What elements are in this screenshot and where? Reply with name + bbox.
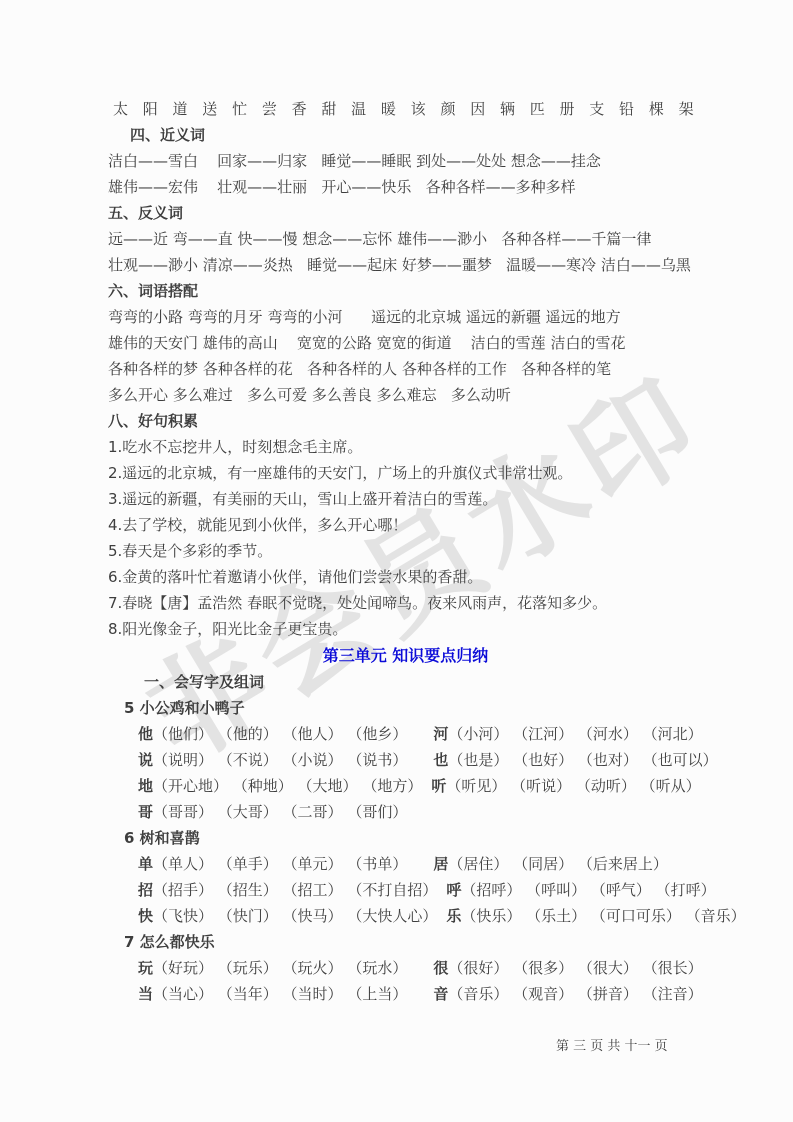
word-group: （很好） （很多） （很大） （很长） — [448, 959, 702, 977]
synonyms-line: 雄伟——宏伟 壮观——壮丽 开心——快乐 各种各样——多种多样 — [108, 174, 703, 200]
synonyms-line: 洁白——雪白 回家——归家 睡觉——睡眠 到处——处处 想念——挂念 — [108, 148, 703, 174]
document-content: 太 阳 道 送 忙 尝 香 甜 温 暖 该 颜 因 辆 匹 册 支 铅 棵 架 … — [0, 0, 793, 1007]
sentence-item: 3.遥远的新疆，有美丽的天山，雪山上盛开着洁白的雪莲。 — [108, 486, 703, 512]
head-char: 乐 — [446, 907, 461, 925]
unit3-title: 第三单元 知识要点归纳 — [108, 642, 703, 669]
word-group: （小河） （江河） （河水） （河北） — [448, 725, 702, 743]
head-char: 招 — [138, 881, 153, 899]
head-char: 地 — [138, 777, 153, 795]
unit3-section-heading: 一、会写字及组词 — [144, 669, 703, 695]
word-group: （快乐） （乐土） （可口可乐） （音乐） — [461, 907, 745, 925]
word-group: （飞快） （快门） （快马） （大快人心） — [153, 907, 437, 925]
word-line: 单（单人） （单手） （单元） （书单）居（居住） （同居） （后来居上） — [138, 851, 703, 877]
lesson-title: 7 怎么都快乐 — [124, 929, 703, 955]
word-group: （他们） （他的） （他人） （他乡） — [153, 725, 407, 743]
head-char: 呼 — [446, 881, 461, 899]
collocation-line: 各种各样的梦 各种各样的花 各种各样的人 各种各样的工作 各种各样的笔 — [108, 356, 703, 382]
antonyms-line: 壮观——渺小 清凉——炎热 睡觉——起床 好梦——噩梦 温暖——寒冷 洁白——乌… — [108, 252, 703, 278]
word-line: 地（开心地） （种地） （大地） （地方）听（听见） （听说） （动听） （听从… — [138, 773, 703, 799]
head-char: 哥 — [138, 803, 153, 821]
sentence-item: 8.阳光像金子，阳光比金子更宝贵。 — [108, 616, 703, 642]
word-group: （音乐） （观音） （拼音） （注音） — [448, 985, 702, 1003]
word-group: （说明） （不说） （小说） （说书） — [153, 751, 407, 769]
head-char: 单 — [138, 855, 153, 873]
sentence-item: 7.春晓【唐】孟浩然 春眠不觉晓，处处闻啼鸟。夜来风雨声，花落知多少。 — [108, 590, 703, 616]
word-line: 当（当心） （当年） （当时） （上当）音（音乐） （观音） （拼音） （注音） — [138, 981, 703, 1007]
word-group: （招手） （招生） （招工） （不打自招） — [153, 881, 437, 899]
word-group: （开心地） （种地） （大地） （地方） — [153, 777, 422, 795]
antonyms-heading: 五、反义词 — [108, 200, 703, 226]
document-page: 非会员水印 太 阳 道 送 忙 尝 香 甜 温 暖 该 颜 因 辆 匹 册 支 … — [0, 0, 793, 1122]
sentence-item: 5.春天是个多彩的季节。 — [108, 538, 703, 564]
head-char: 很 — [433, 959, 448, 977]
sentence-item: 2.遥远的北京城，有一座雄伟的天安门，广场上的升旗仪式非常壮观。 — [108, 460, 703, 486]
head-char: 音 — [433, 985, 448, 1003]
word-line: 招（招手） （招生） （招工） （不打自招）呼（招呼） （呼叫） （呼气） （打… — [138, 877, 703, 903]
word-group: （居住） （同居） （后来居上） — [448, 855, 668, 873]
synonyms-heading: 四、近义词 — [130, 122, 703, 148]
word-group: （好玩） （玩乐） （玩火） （玩水） — [153, 959, 407, 977]
sentence-item: 6.金黄的落叶忙着邀请小伙伴，请他们尝尝水果的香甜。 — [108, 564, 703, 590]
head-char: 当 — [138, 985, 153, 1003]
word-group: （哥哥） （大哥） （二哥） （哥们） — [153, 803, 407, 821]
word-group: （单人） （单手） （单元） （书单） — [153, 855, 407, 873]
word-line: 玩（好玩） （玩乐） （玩火） （玩水）很（很好） （很多） （很大） （很长） — [138, 955, 703, 981]
collocations-heading: 六、词语搭配 — [108, 278, 703, 304]
antonyms-line: 远——近 弯——直 快——慢 想念——忘怀 雄伟——渺小 各种各样——千篇一律 — [108, 226, 703, 252]
head-char: 听 — [431, 777, 446, 795]
head-char: 河 — [433, 725, 448, 743]
word-group: （招呼） （呼叫） （呼气） （打呼） — [461, 881, 715, 899]
head-char: 他 — [138, 725, 153, 743]
sentence-item: 1.吃水不忘挖井人，时刻想念毛主席。 — [108, 434, 703, 460]
collocation-line: 雄伟的天安门 雄伟的高山 宽宽的公路 宽宽的街道 洁白的雪莲 洁白的雪花 — [108, 330, 703, 356]
word-group: （也是） （也好） （也对） （也可以） — [448, 751, 717, 769]
word-line: 哥（哥哥） （大哥） （二哥） （哥们） — [138, 799, 703, 825]
head-char: 玩 — [138, 959, 153, 977]
word-line: 快（飞快） （快门） （快马） （大快人心）乐（快乐） （乐土） （可口可乐） … — [138, 903, 703, 929]
lesson-title: 5 小公鸡和小鸭子 — [124, 695, 703, 721]
sentences-heading: 八、好句积累 — [108, 408, 703, 434]
collocation-line: 弯弯的小路 弯弯的月牙 弯弯的小河 遥远的北京城 遥远的新疆 遥远的地方 — [108, 304, 703, 330]
word-line: 说（说明） （不说） （小说） （说书）也（也是） （也好） （也对） （也可以… — [138, 747, 703, 773]
lesson-title: 6 树和喜鹊 — [124, 825, 703, 851]
sentence-item: 4.去了学校，就能见到小伙伴，多么开心哪！ — [108, 512, 703, 538]
collocation-line: 多么开心 多么难过 多么可爱 多么善良 多么难忘 多么动听 — [108, 382, 703, 408]
head-char: 快 — [138, 907, 153, 925]
page-footer: 第 三 页 共 十一 页 — [556, 1035, 668, 1054]
word-line: 他（他们） （他的） （他人） （他乡）河（小河） （江河） （河水） （河北） — [138, 721, 703, 747]
head-char: 也 — [433, 751, 448, 769]
word-group: （当心） （当年） （当时） （上当） — [153, 985, 407, 1003]
head-char: 居 — [433, 855, 448, 873]
character-list-row: 太 阳 道 送 忙 尝 香 甜 温 暖 该 颜 因 辆 匹 册 支 铅 棵 架 — [113, 96, 703, 122]
head-char: 说 — [138, 751, 153, 769]
word-group: （听见） （听说） （动听） （听从） — [446, 777, 700, 795]
